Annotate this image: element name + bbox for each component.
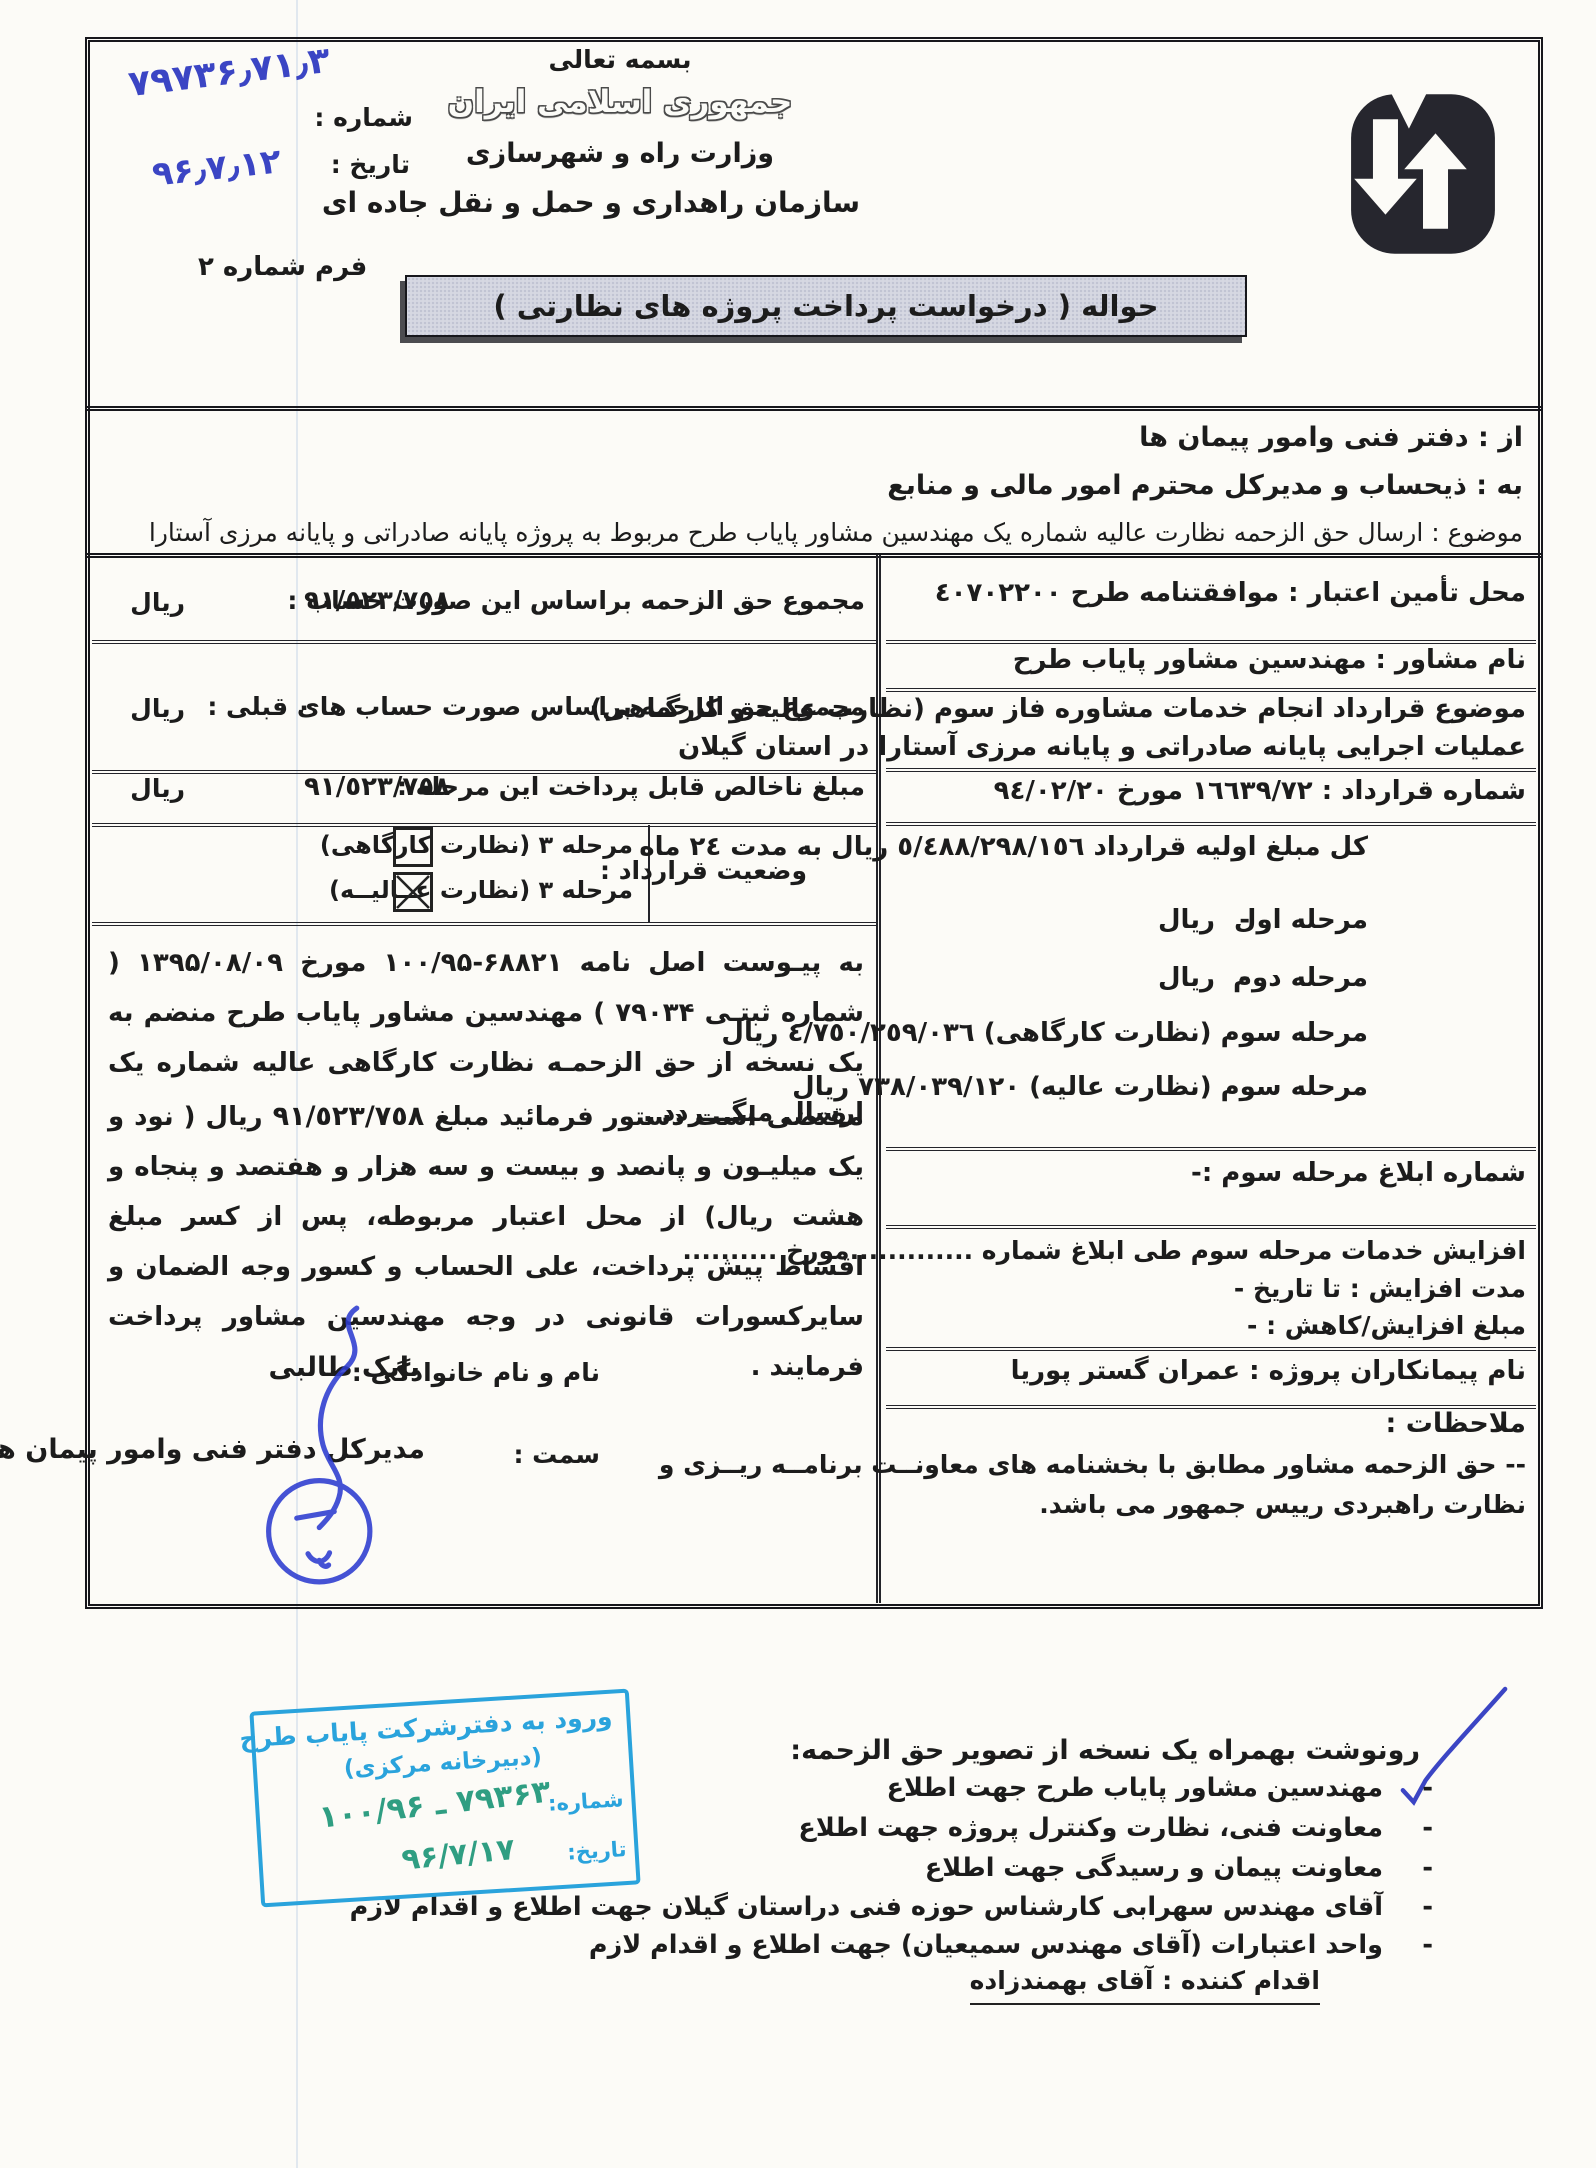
gross-payable-label: مبلغ ناخالص قابل پرداخت این مرحله : (397, 772, 865, 801)
remarks-label: ملاحظات : (1386, 1408, 1526, 1439)
form-number: فرم شماره ۲ (198, 252, 367, 282)
addressing-top-divider (85, 406, 1543, 411)
cc-item-5: واحد اعتبارات (آقای مهندس سمیعیان) جهت ا… (589, 1930, 1383, 1960)
row-divider (886, 1147, 1536, 1151)
table-top-border (85, 553, 1543, 558)
status-option-workshop-checkbox (393, 827, 433, 867)
cc-item-4: آقای مهندس سهرابی کارشناس حوزه فنی دراست… (350, 1892, 1383, 1922)
row-divider (92, 640, 876, 644)
notification-number: شماره ابلاغ مرحله سوم :- (1191, 1158, 1526, 1188)
position-label: سمت : (513, 1440, 600, 1469)
stamp-date-label: تاریخ: (567, 1837, 628, 1865)
cc-item-3: معاونت پیمان و رسیدگی جهت اطلاع (925, 1853, 1383, 1883)
status-option-supreme-checkbox (393, 872, 433, 912)
remarks-line1: -- حق الزحمه مشاور مطابق با بخشنامه های … (659, 1450, 1526, 1479)
gross-payable-unit: ریال (130, 774, 185, 803)
phase2-unit: ریال (1158, 963, 1215, 993)
current-invoice-value: ٩١/٥٢٣/٧٥٨ (304, 586, 450, 616)
cc-item-1: مهندسین مشاور پایاب طرح جهت اطلاع (887, 1773, 1383, 1803)
contractors-name: نام پیمانکاران پروژه : عمران گستر پوریا (1011, 1356, 1526, 1386)
ministry-title: وزارت راه و شهرسازی (430, 138, 810, 169)
gross-payable-value: ٩١/٥٢٣/٧٥٨ (304, 772, 450, 802)
phase3-supreme-amount: مرحله سوم (نظارت عالیه) ٧٣٨/٠٣٩/١٢٠ ریال (792, 1072, 1368, 1102)
cc-bullet: - (1422, 1930, 1433, 1960)
payable-amount-bold: ٩١/٥٢٣/٧٥٨ (273, 1101, 425, 1132)
rmto-logo-graphic (1338, 88, 1508, 260)
body-paragraph-2-post: ریال ( نود و یک میلیـون و پانصد و بیست و… (108, 1102, 864, 1382)
stamp-date-handwritten: ۹۶/۷/۱۷ (400, 1832, 516, 1878)
row-divider (92, 823, 876, 827)
cc-bullet: - (1422, 1853, 1433, 1883)
consultant-name: نام مشاور : مهندسین مشاور پایاب طرح (1013, 645, 1526, 675)
rmto-logo (1338, 88, 1508, 260)
number-label: شماره : (314, 103, 413, 132)
row-divider (886, 822, 1536, 826)
previous-invoices-value: ٠ (296, 692, 312, 722)
row-divider (886, 1225, 1536, 1229)
pen-checkmark-graphic (1395, 1682, 1513, 1812)
status-option-workshop-label: مرحله ۳ (نظارت کارگاهی) (320, 831, 633, 859)
action-by-line: اقدام کننده : آقای بهمندزاده (970, 1966, 1320, 2005)
checkbox-x-mark (396, 875, 430, 909)
phase1-unit: ریال (1158, 905, 1215, 935)
contract-number: شماره قرارداد : ١٦٦٣٩/٧٢ مورخ ٩٤/٠٢/٢٠ (994, 776, 1526, 806)
cc-header: رونوشت بهمراه یک نسخه از تصویر حق الزحمه… (790, 1735, 1420, 1766)
to-line: به : ذیحساب و مدیرکل محترم امور مالی و م… (887, 470, 1523, 501)
stamp-number-label: شماره: (547, 1787, 624, 1816)
phase2-label: مرحله دوم (1233, 963, 1368, 993)
cc-bullet: - (1422, 1813, 1433, 1843)
status-option-supreme-label: مرحله ۳ (نظارت عــالیــه) (329, 876, 633, 904)
body-paragraph-2: مقتضی است دستور فرمائید مبلغ ٩١/٥٢٣/٧٥٨ … (108, 1092, 864, 1392)
scanned-payment-request-form: { "header": { "bismillah": "بسمه تعالی",… (0, 0, 1596, 2168)
remarks-line2: نظارت راهبردی رییس جمهور می باشد. (1039, 1490, 1526, 1519)
signature-graphic (238, 1295, 438, 1595)
row-divider (886, 1347, 1536, 1351)
previous-invoices-unit: ریال (130, 694, 185, 723)
row-divider (92, 922, 876, 926)
cc-bullet: - (1422, 1892, 1433, 1922)
increase-line3: مبلغ افزایش/کاهش : - (1247, 1311, 1526, 1340)
phase1-value: - (1239, 905, 1250, 935)
row-divider (886, 688, 1536, 692)
row-divider (886, 640, 1536, 644)
contract-subject-line2: عملیات اجرایی پایانه صادراتی و پایانه مر… (678, 732, 1526, 762)
from-line: از : دفتر فنی وامور پیمان ها (1139, 422, 1523, 453)
row-divider (886, 768, 1536, 772)
pen-checkmark (1395, 1682, 1513, 1812)
bismillah-text: بسمه تعالی (470, 45, 770, 74)
increase-line2: مدت افزایش : تا تاریخ - (1234, 1274, 1526, 1303)
company-entry-stamp: ورود به دفترشرکت پایاب طرح (دبیرخانه مرک… (249, 1689, 640, 1908)
subject-line: موضوع : ارسال حق الزحمه نظارت عالیه شمار… (149, 518, 1523, 547)
form-title-box: حواله ( درخواست پرداخت پروژه های نظارتی … (405, 275, 1247, 337)
signature-scribble (238, 1295, 438, 1595)
current-invoice-unit: ریال (130, 588, 185, 617)
body-paragraph-2-pre: مقتضی است دستور فرمائید مبلغ (424, 1102, 864, 1132)
date-label: تاریخ : (331, 150, 410, 179)
form-title: حواله ( درخواست پرداخت پروژه های نظارتی … (493, 289, 1158, 323)
cc-bullet: - (1422, 1773, 1433, 1803)
phase2-value: - (1239, 963, 1250, 993)
phase1-label: مرحله اول (1234, 905, 1368, 935)
stamp-number-handwritten: ۷۹۳۶۳ ـ ۱۰۰/۹۶ (317, 1774, 552, 1836)
republic-title: جمهوری اسلامی ایران (420, 84, 820, 120)
cc-item-2: معاونت فنی، نظارت وکنترل پروژه جهت اطلاع (798, 1813, 1383, 1843)
funding-source: محل تأمین اعتبار : موافقتنامه طرح ٤٠٧٠٢٢… (935, 578, 1526, 608)
organization-title: سازمان راهداری و حمل و نقل جاده ای (380, 186, 860, 219)
